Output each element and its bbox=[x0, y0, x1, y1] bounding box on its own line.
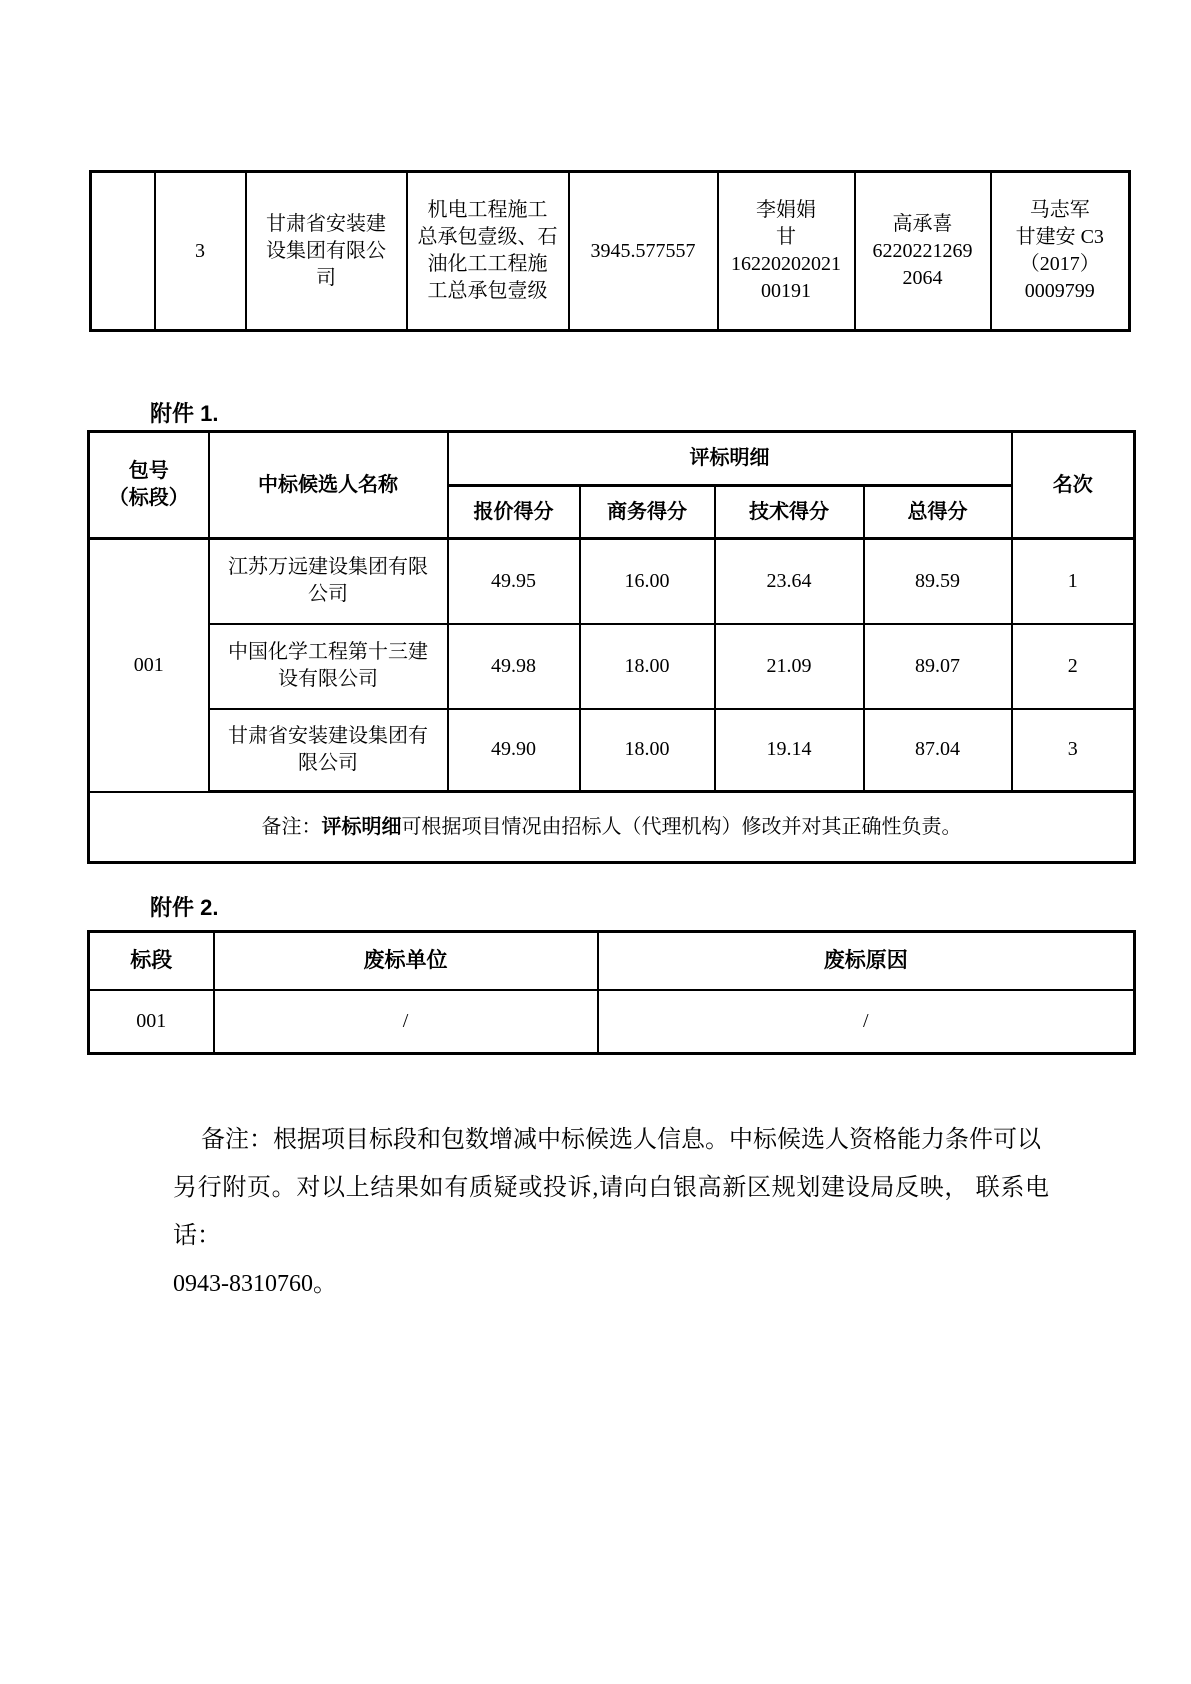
business-score-cell: 18.00 bbox=[580, 624, 715, 709]
candidate-name-header: 中标候选人名称 bbox=[209, 432, 448, 539]
header-row: 标段 废标单位 废标原因 bbox=[89, 932, 1135, 990]
candidate-name-cell: 江苏万远建设集团有限 公司 bbox=[209, 539, 448, 624]
footer-note-line: 备注：根据项目标段和包数增减中标候选人信息。中标候选人资格能力条件可以 bbox=[173, 1116, 1049, 1164]
remark-cell: 备注：评标明细可根据项目情况由招标人（代理机构）修改并对其正确性负责。 bbox=[89, 792, 1135, 863]
rank-cell: 2 bbox=[1012, 624, 1135, 709]
rank-header: 名次 bbox=[1012, 432, 1135, 539]
qualification-cell: 机电工程施工 总承包壹级、石 油化工工程施 工总承包壹级 bbox=[407, 172, 569, 331]
price-score-header: 报价得分 bbox=[448, 486, 580, 539]
table-row: 3 甘肃省安装建 设集团有限公 司 机电工程施工 总承包壹级、石 油化工工程施 … bbox=[91, 172, 1130, 331]
total-score-cell: 89.59 bbox=[864, 539, 1012, 624]
sequence-number-cell: 3 bbox=[155, 172, 246, 331]
price-score-cell: 49.90 bbox=[448, 709, 580, 792]
package-no-cell: 001 bbox=[89, 539, 209, 792]
rejection-reason-cell: / bbox=[598, 990, 1135, 1054]
certificate-cell: 马志军 甘建安 C3 （2017） 0009799 bbox=[991, 172, 1130, 331]
footer-note-line: 0943-8310760。 bbox=[173, 1260, 1049, 1308]
technical-score-cell: 23.64 bbox=[715, 539, 864, 624]
annex2-title: 附件 2. bbox=[150, 896, 218, 920]
rank-cell: 3 bbox=[1012, 709, 1135, 792]
company-name-cell: 甘肃省安装建 设集团有限公 司 bbox=[246, 172, 407, 331]
rejected-bidder-cell: / bbox=[214, 990, 598, 1054]
total-score-header: 总得分 bbox=[864, 486, 1012, 539]
section-cell: 001 bbox=[89, 990, 214, 1054]
price-score-cell: 49.98 bbox=[448, 624, 580, 709]
rejected-bidder-header: 废标单位 bbox=[214, 932, 598, 990]
remark-suffix: 可根据项目情况由招标人（代理机构）修改并对其正确性负责。 bbox=[402, 816, 962, 838]
table-row: 甘肃省安装建设集团有 限公司 49.90 18.00 19.14 87.04 3 bbox=[89, 709, 1135, 792]
total-score-cell: 87.04 bbox=[864, 709, 1012, 792]
project-manager-cell: 李娟娟 甘 16220202021 00191 bbox=[718, 172, 855, 331]
table-row: 001 江苏万远建设集团有限 公司 49.95 16.00 23.64 89.5… bbox=[89, 539, 1135, 624]
remark-row: 备注：评标明细可根据项目情况由招标人（代理机构）修改并对其正确性负责。 bbox=[89, 792, 1135, 863]
rank-cell: 1 bbox=[1012, 539, 1135, 624]
business-score-cell: 18.00 bbox=[580, 709, 715, 792]
technical-score-header: 技术得分 bbox=[715, 486, 864, 539]
footer-note-line: 另行附页。对以上结果如有质疑或投诉,请向白银高新区规划建设局反映， 联系电话： bbox=[173, 1164, 1049, 1260]
section-header: 标段 bbox=[89, 932, 214, 990]
total-score-cell: 89.07 bbox=[864, 624, 1012, 709]
header-row-group: 包号 （标段） 中标候选人名称 评标明细 名次 bbox=[89, 432, 1135, 486]
manager-id-cell: 高承喜 6220221269 2064 bbox=[855, 172, 991, 331]
footer-note: 备注：根据项目标段和包数增减中标候选人信息。中标候选人资格能力条件可以 另行附页… bbox=[173, 1116, 1049, 1308]
bid-price-cell: 3945.577557 bbox=[569, 172, 718, 331]
rejection-reason-header: 废标原因 bbox=[598, 932, 1135, 990]
blank-cell bbox=[91, 172, 155, 331]
document-page: 3 甘肃省安装建 设集团有限公 司 机电工程施工 总承包壹级、石 油化工工程施 … bbox=[0, 0, 1191, 1684]
table-row: 001 / / bbox=[89, 990, 1135, 1054]
price-score-cell: 49.95 bbox=[448, 539, 580, 624]
table-row: 中国化学工程第十三建 设有限公司 49.98 18.00 21.09 89.07… bbox=[89, 624, 1135, 709]
remark-bold-term: 评标明细 bbox=[322, 816, 402, 838]
candidate-name-cell: 甘肃省安装建设集团有 限公司 bbox=[209, 709, 448, 792]
technical-score-cell: 19.14 bbox=[715, 709, 864, 792]
technical-score-cell: 21.09 bbox=[715, 624, 864, 709]
evaluation-detail-table: 包号 （标段） 中标候选人名称 评标明细 名次 报价得分 商务得分 技术得分 总… bbox=[87, 430, 1136, 864]
annex1-title: 附件 1. bbox=[150, 402, 218, 426]
business-score-header: 商务得分 bbox=[580, 486, 715, 539]
evaluation-detail-header: 评标明细 bbox=[448, 432, 1012, 486]
remark-prefix: 备注： bbox=[262, 816, 322, 838]
rejected-bids-table: 标段 废标单位 废标原因 001 / / bbox=[87, 930, 1136, 1055]
business-score-cell: 16.00 bbox=[580, 539, 715, 624]
candidate-name-cell: 中国化学工程第十三建 设有限公司 bbox=[209, 624, 448, 709]
candidate-summary-table: 3 甘肃省安装建 设集团有限公 司 机电工程施工 总承包壹级、石 油化工工程施 … bbox=[89, 170, 1131, 332]
package-no-header: 包号 （标段） bbox=[89, 432, 209, 539]
